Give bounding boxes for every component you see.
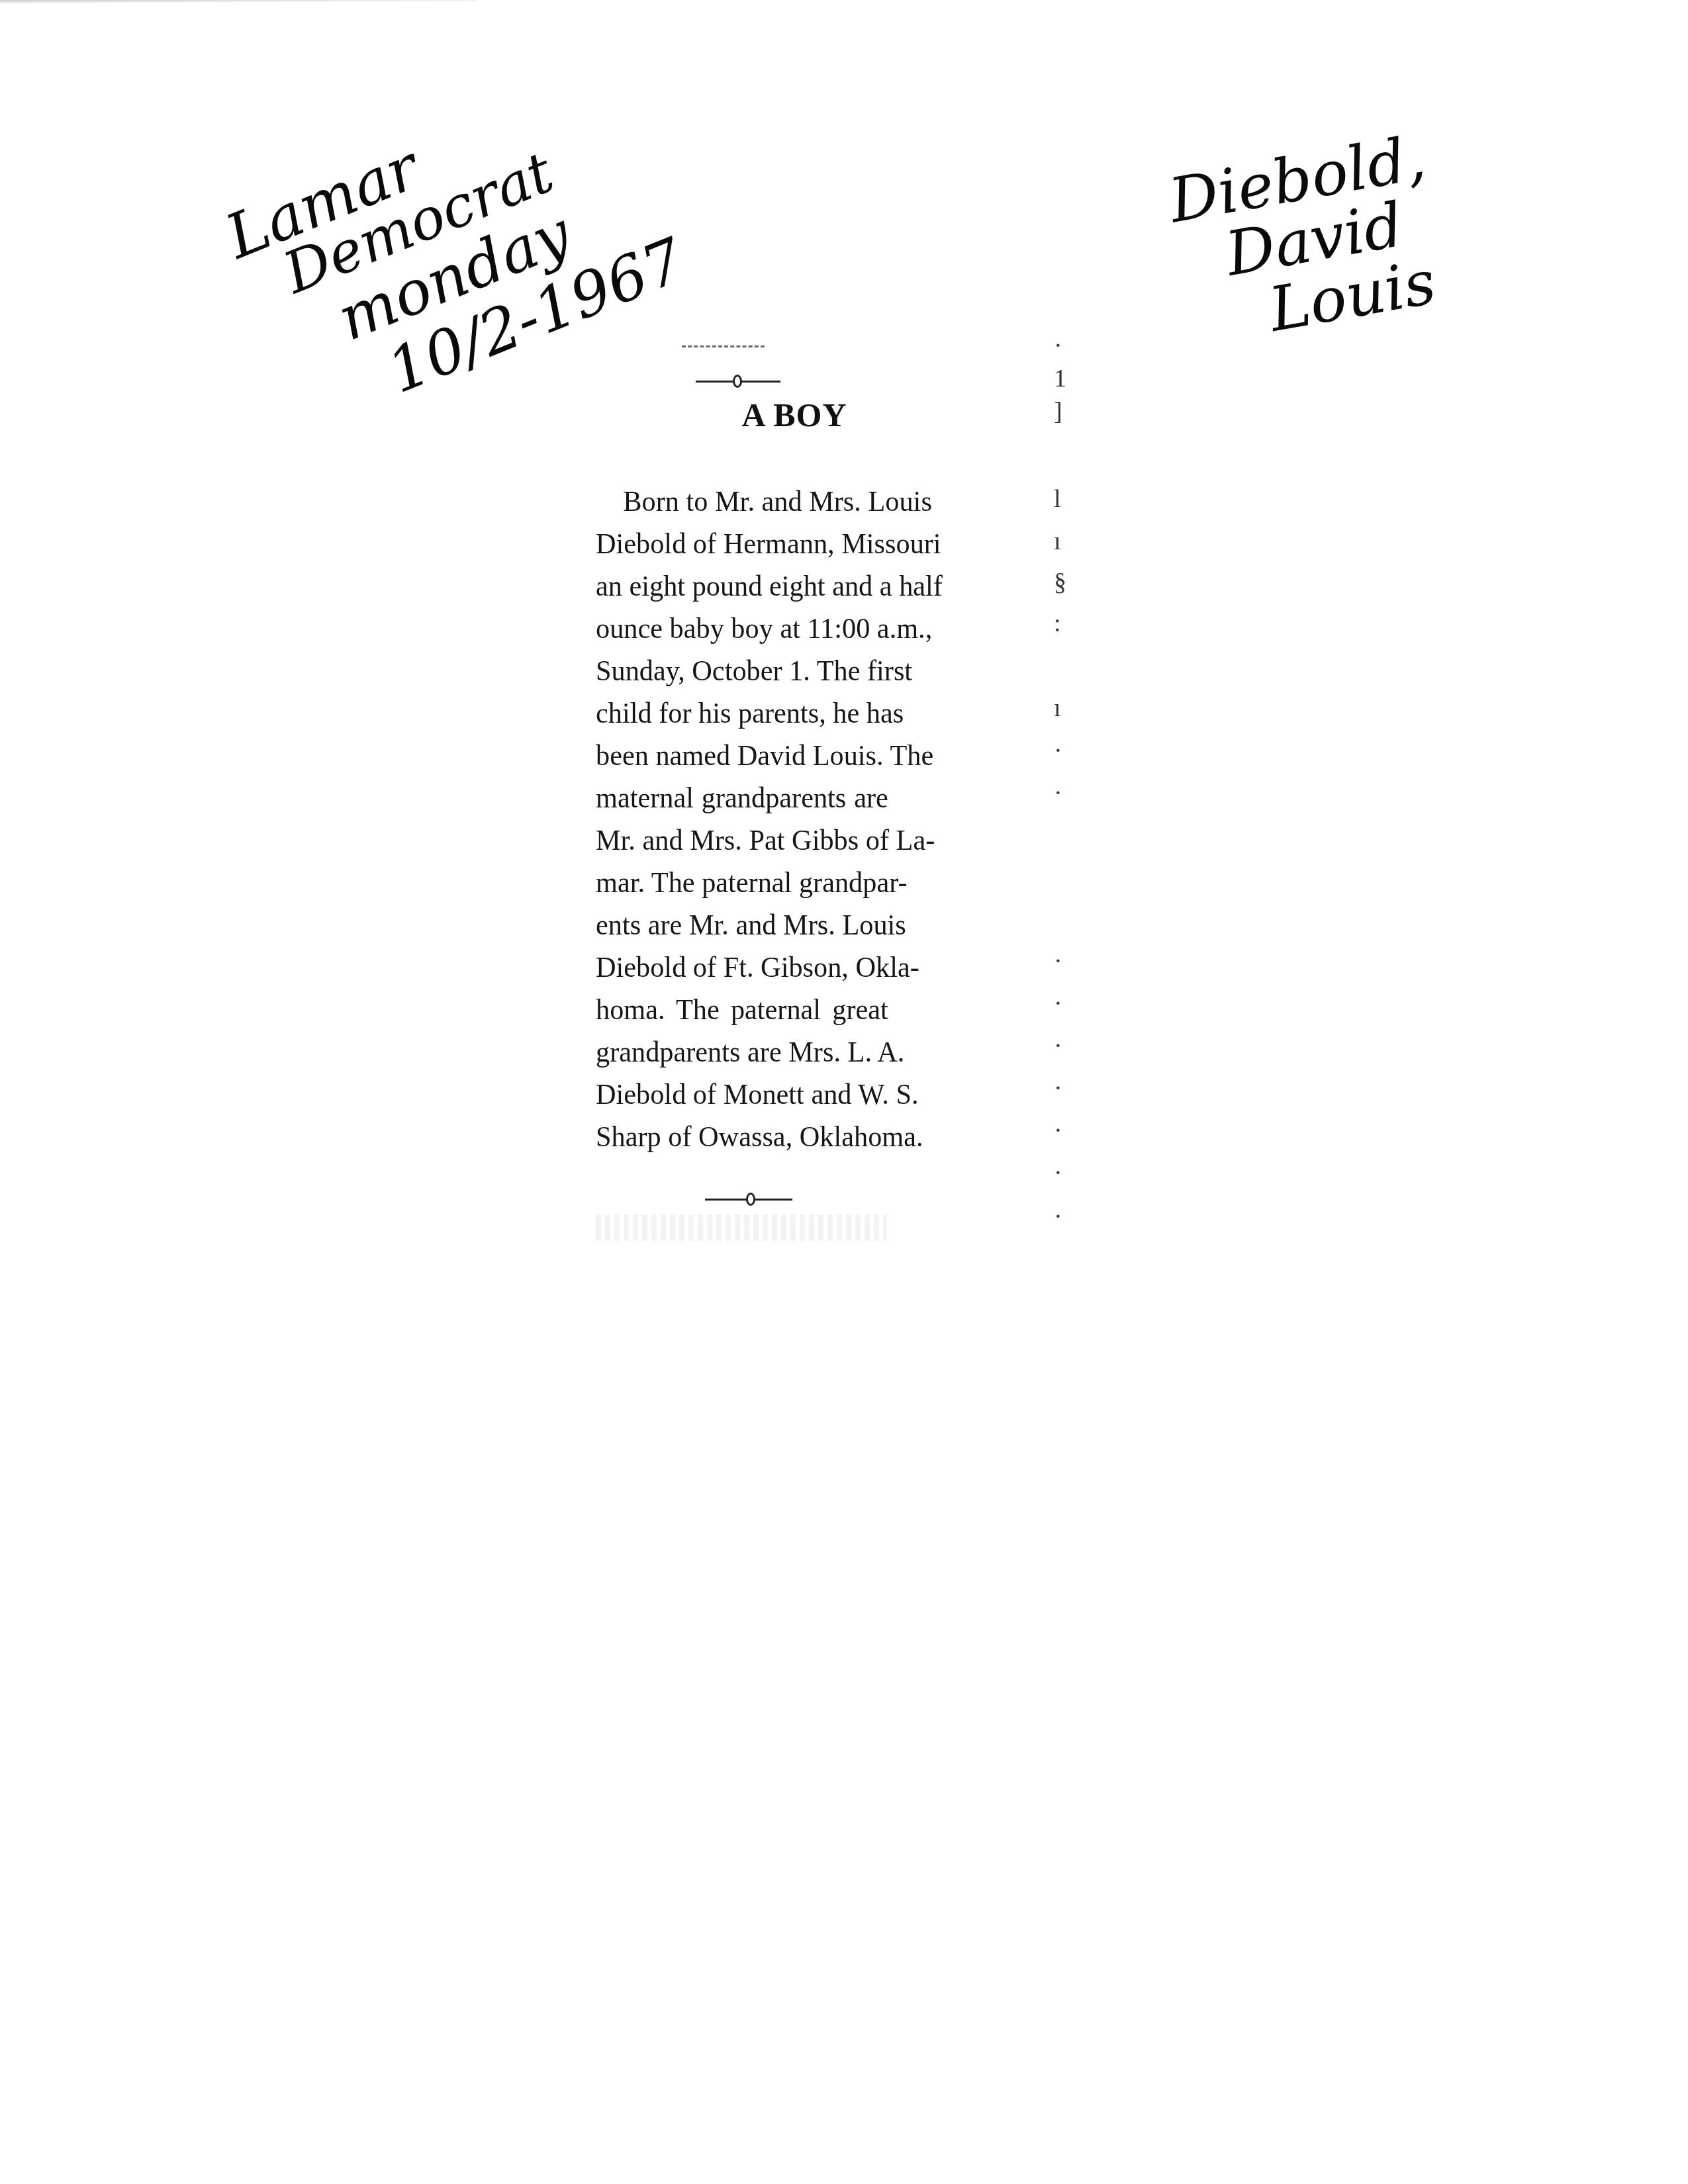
- article-line: mar. The paternal grandpar-: [596, 861, 888, 903]
- fragment-char: ·: [1054, 1031, 1062, 1060]
- article-line: grandparents are Mrs. L. A.: [596, 1030, 888, 1073]
- fragment-char: ı: [1054, 527, 1061, 556]
- fragment-char: ·: [1054, 989, 1062, 1018]
- handwritten-subject-name: Diebold, David Louis: [1165, 127, 1451, 354]
- article-line: Mr. and Mrs. Pat Gibbs of La-: [596, 819, 888, 861]
- article-line: ents are Mr. and Mrs. Louis: [596, 903, 888, 946]
- article-line: child for his parents, he has: [596, 692, 888, 734]
- newspaper-clipping: A BOY Born to Mr. and Mrs. Louis Diebold…: [583, 318, 1112, 1244]
- ornament-divider-bottom: [705, 1193, 792, 1206]
- article-line: been named David Louis. The: [596, 734, 888, 776]
- scan-edge-shadow: [0, 0, 477, 4]
- article-headline: A BOY: [583, 396, 1006, 434]
- fragment-char: ·: [1054, 1202, 1062, 1231]
- fragment-char: 1: [1054, 364, 1066, 393]
- article-line: Diebold of Ft. Gibson, Okla-: [596, 946, 888, 988]
- article-line: an eight pound eight and a half: [596, 565, 888, 607]
- fragment-char: ·: [1054, 778, 1062, 807]
- fragment-char: :: [1054, 609, 1061, 638]
- fragment-char: ı: [1054, 694, 1061, 723]
- article-line: Diebold of Monett and W. S.: [596, 1073, 888, 1115]
- fragment-char: ·: [1054, 1158, 1062, 1187]
- fragment-char: l: [1054, 484, 1061, 514]
- fragment-char: ·: [1054, 946, 1062, 976]
- ornament-divider-top: [696, 375, 780, 388]
- bleed-through-text: [596, 1214, 887, 1241]
- fragment-char: ·: [1054, 1073, 1062, 1103]
- fragment-char: ·: [1054, 1116, 1062, 1145]
- article-line: Sunday, October 1. The first: [596, 649, 888, 692]
- article-line: Sharp of Owassa, Oklahoma.: [596, 1115, 888, 1158]
- article-line: Diebold of Hermann, Missouri: [596, 522, 888, 565]
- fragment-char: ·: [1054, 736, 1062, 765]
- article-line: homa. The paternal great: [596, 988, 888, 1030]
- article-body: Born to Mr. and Mrs. Louis Diebold of He…: [596, 480, 879, 1158]
- fragment-char: ·: [1054, 331, 1062, 360]
- article-line: ounce baby boy at 11:00 a.m.,: [596, 607, 888, 649]
- fragment-char: ]: [1054, 397, 1062, 426]
- clipping-top-fragment: [682, 345, 765, 347]
- article-line: maternal grandparents are: [596, 776, 888, 819]
- fragment-char: §: [1054, 568, 1066, 597]
- article-line: Born to Mr. and Mrs. Louis: [596, 480, 888, 522]
